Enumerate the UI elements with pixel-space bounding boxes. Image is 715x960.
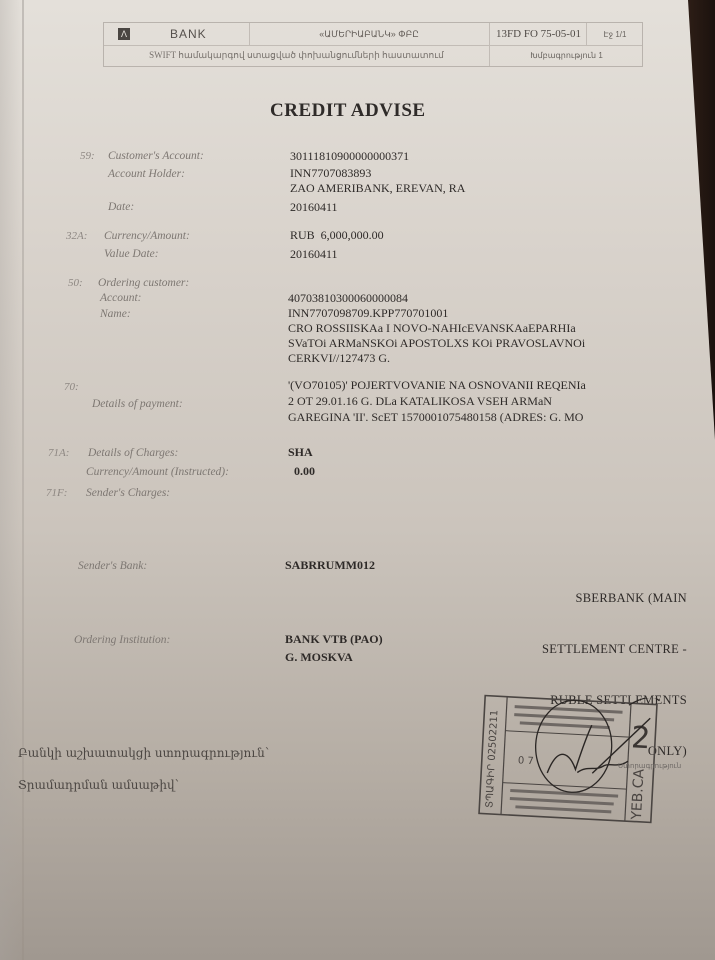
ordering-institution-line-1: BANK VTB (PAO) — [285, 632, 383, 647]
account-holder-line-1: INN7707083893 — [290, 166, 371, 181]
tag-59: 59: — [80, 150, 95, 162]
currency-amount-instructed-value: 0.00 — [294, 464, 315, 479]
svg-text:0 7: 0 7 — [518, 755, 534, 767]
tag-70: 70: — [64, 381, 79, 393]
date-value: 20160411 — [290, 200, 338, 215]
svg-text:YEB.CA: YEB.CA — [629, 768, 648, 821]
currency-amount-value: RUB 6,000,000.00 — [290, 228, 384, 243]
currency-amount-instructed-label: Currency/Amount (Instructed): — [86, 466, 229, 478]
customer-account-value: 30111810900000000371 — [290, 149, 409, 164]
ordering-institution-line-2: G. MOSKVA — [285, 650, 353, 665]
bank-logo-cell: Λ BANK — [104, 23, 250, 45]
stamp-caption: Ստորագրություն — [618, 762, 681, 770]
senders-bank-bic: SABRRUMM012 — [285, 558, 375, 573]
bank-word: BANK — [170, 27, 207, 41]
document-title: CREDIT ADVISE — [270, 100, 426, 122]
svg-text:2: 2 — [630, 720, 651, 756]
bank-stamp: ՏՊԱԳԻՐ 02502211 YEB.CA 2 0 7 — [475, 689, 662, 828]
stamp-graphic: ՏՊԱԳԻՐ 02502211 YEB.CA 2 0 7 — [475, 689, 662, 828]
account-holder-line-2: ZAO AMERIBANK, EREVAN, RA — [290, 181, 465, 196]
bank-logo-icon: Λ — [118, 28, 130, 40]
tag-71a: 71A: — [48, 447, 69, 459]
value-date-label: Value Date: — [104, 248, 159, 260]
payment-details-line-2: 2 OT 29.01.16 G. DLa KATALIKOSA VSEH ARM… — [288, 394, 552, 409]
senders-bank-label: Sender's Bank: — [78, 560, 147, 572]
ordering-customer-label: Ordering customer: — [98, 277, 189, 289]
payment-details-line-1: '(VO70105)' POJERTVOVANIE NA OSNOVANII R… — [288, 378, 586, 393]
header-row-1: Λ BANK «ԱՄԵՐԻԱԲԱՆԿ» ՓԲԸ 13FD FO 75-05-01… — [104, 23, 642, 46]
document-header: Λ BANK «ԱՄԵՐԻԱԲԱՆԿ» ՓԲԸ 13FD FO 75-05-01… — [103, 22, 643, 67]
employee-signature-label: Բանկի աշխատակցի ստորագրություն՝ — [18, 746, 269, 760]
details-of-charges-value: SHA — [288, 445, 313, 460]
ordering-institution-label: Ordering Institution: — [74, 634, 170, 646]
oc-name-line-2: CRO ROSSIISKAa I NOVO-NAHIcEVANSKAaEPARH… — [288, 321, 576, 336]
payment-details-line-3: GAREGINA 'II'. ScET 15700010754801​58 (A… — [288, 410, 583, 425]
account-holder-label: Account Holder: — [108, 168, 185, 180]
revision-label: Խմբագրություն 1 — [489, 45, 643, 66]
bank-name: «ԱՄԵՐԻԱԲԱՆԿ» ՓԲԸ — [249, 23, 489, 45]
tag-50: 50: — [68, 277, 83, 289]
paper-edge-shadow — [0, 0, 22, 960]
date-label: Date: — [108, 201, 134, 213]
currency-amount-label: Currency/Amount: — [104, 230, 190, 242]
header-row-2: SWIFT համակարգով ստացված փոխանցումների հ… — [104, 45, 642, 66]
tag-71f: 71F: — [46, 487, 67, 499]
svg-text:ՏՊԱԳԻՐ 02502211: ՏՊԱԳԻՐ 02502211 — [484, 710, 500, 809]
paper-fold-line — [22, 0, 24, 960]
oc-name-line-4: CERKVI//127473 G. — [288, 351, 390, 366]
value-date-value: 20160411 — [290, 247, 338, 262]
oc-name-line-3: SVaTOi ARMaNSKOi APOSTOLXS KOi PRAVOSLAV… — [288, 336, 585, 351]
swift-subtitle: SWIFT համակարգով ստացված փոխանցումների հ… — [104, 45, 489, 66]
details-of-charges-label: Details of Charges: — [88, 447, 178, 459]
page-indicator: Էջ 1/1 — [586, 23, 643, 45]
senders-bank-name-line-2: SETTLEMENT CENTRE - — [542, 641, 687, 658]
tag-32a: 32A: — [66, 230, 87, 242]
oc-name-line-1: INN7707098709.KPP770701001 — [288, 306, 448, 321]
form-code: 13FD FO 75-05-01 — [489, 23, 587, 45]
senders-bank-name-line-1: SBERBANK (MAIN — [542, 590, 687, 607]
details-of-payment-label: Details of payment: — [92, 398, 183, 410]
oc-name-label: Name: — [100, 308, 131, 320]
customer-account-label: Customer's Account: — [108, 150, 204, 162]
oc-account-label: Account: — [100, 292, 142, 304]
document-page: Λ BANK «ԱՄԵՐԻԱԲԱՆԿ» ՓԲԸ 13FD FO 75-05-01… — [0, 0, 715, 960]
senders-charges-label: Sender's Charges: — [86, 487, 170, 499]
issue-date-label: Տրամադրման ամսաթիվ՝ — [18, 778, 179, 792]
oc-account-value: 40703810300060000084 — [288, 291, 408, 306]
